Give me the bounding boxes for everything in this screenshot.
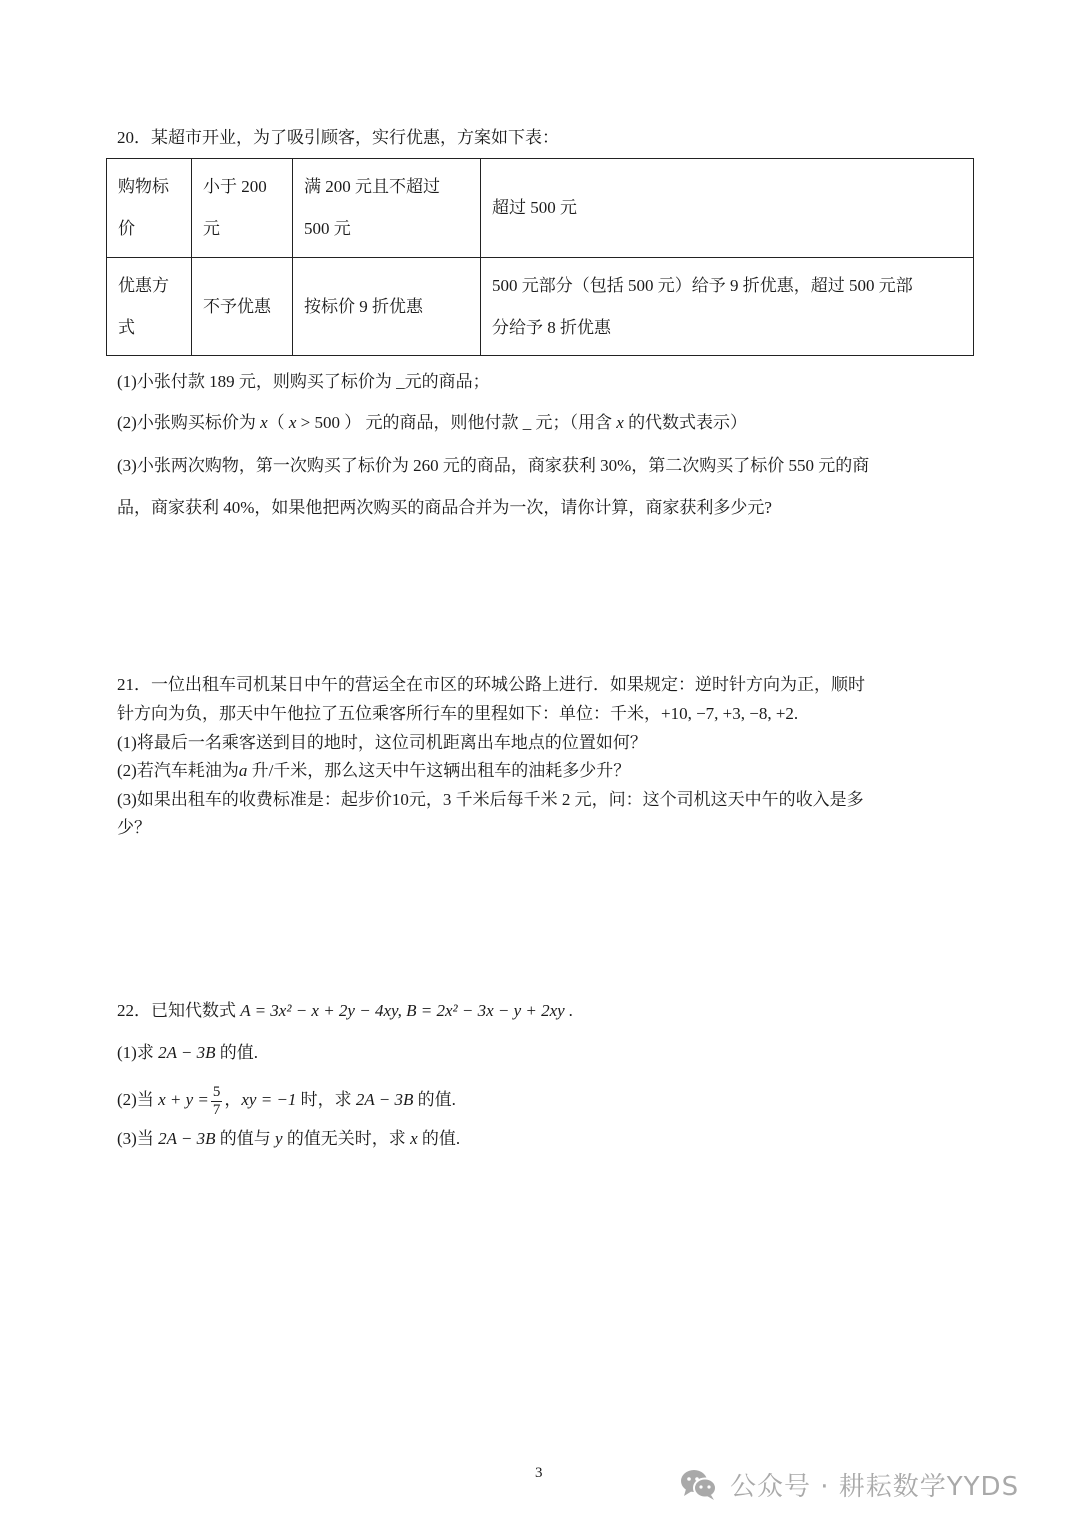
math-expression: 2A − 3B bbox=[158, 1043, 215, 1062]
q21-sub3-line2: 少？ bbox=[117, 817, 151, 839]
math-expression: A = 3x² − x + 2y − 4xy, B = 2x² − 3x − y… bbox=[240, 1001, 573, 1020]
math-expression: 2A − 3B bbox=[158, 1129, 215, 1148]
q21-line1: 21．一位出租车司机某日中午的营运全在市区的环城公路上进行．如果规定：逆时针方向… bbox=[117, 674, 865, 696]
text: 的值与 bbox=[216, 1129, 276, 1148]
text: 的值无关时，求 bbox=[283, 1129, 411, 1148]
q21-sub3-line1: (3)如果出租车的收费标准是：起步价10元，3 千米后每千米 2 元，问：这个司… bbox=[117, 789, 864, 811]
q20-sub1: (1)小张付款 189 元，则购买了标价为 _元的商品； bbox=[117, 371, 490, 393]
watermark-text: 公众号 · 耕耘数学YYDS bbox=[730, 1466, 1019, 1503]
row-header-price: 购物标 价 bbox=[107, 159, 192, 258]
cell-text: 超过 500 元 bbox=[492, 187, 962, 229]
text: (3)当 bbox=[117, 1129, 158, 1148]
q20-title: 20．某超市开业，为了吸引顾客，实行优惠，方案如下表： bbox=[117, 127, 559, 149]
fraction-numerator: 5 bbox=[211, 1084, 223, 1102]
text: 的值. bbox=[418, 1129, 461, 1148]
cell-200-to-500: 满 200 元且不超过 500 元 bbox=[293, 159, 481, 258]
cell-text: 按标价 9 折优惠 bbox=[304, 286, 469, 328]
text: 的代数式表示） bbox=[624, 413, 747, 432]
cell-text: 优惠方 bbox=[118, 265, 180, 307]
cell-text: 购物标 bbox=[118, 166, 180, 208]
q20-sub3-line2: 品，商家获利 40%，如果他把两次购买的商品合并为一次，请你计算，商家获利多少元… bbox=[117, 497, 772, 519]
cell-text: 500 元 bbox=[304, 208, 469, 250]
math-var: x bbox=[616, 413, 624, 432]
fraction: 57 bbox=[211, 1084, 223, 1119]
text: (2)若汽车耗油为 bbox=[117, 761, 239, 780]
wechat-icon bbox=[680, 1469, 718, 1501]
cell-text: 价 bbox=[118, 208, 180, 250]
q21-sub1: (1)将最后一名乘客送到目的地时，这位司机距离出车地点的位置如何？ bbox=[117, 732, 647, 754]
q20-sub3-line1: (3)小张两次购物，第一次购买了标价为 260 元的商品，商家获利 30%，第二… bbox=[117, 455, 869, 477]
cell-text: 式 bbox=[118, 307, 180, 349]
cell-no-discount: 不予优惠 bbox=[192, 258, 293, 356]
text: 时，求 bbox=[296, 1090, 356, 1109]
q20-sub2: (2)小张购买标价为 x（ x > 500 ） 元的商品，则他付款 _ 元；（用… bbox=[117, 412, 747, 434]
text: ， bbox=[224, 1090, 241, 1109]
cell-under-200: 小于 200 元 bbox=[192, 159, 293, 258]
math-var: x bbox=[410, 1129, 418, 1148]
cell-text: 不予优惠 bbox=[203, 286, 281, 328]
table-row-discount: 优惠方 式 不予优惠 按标价 9 折优惠 500 元部分（包括 500 元）给予… bbox=[107, 258, 974, 356]
q22-sub3: (3)当 2A − 3B 的值与 y 的值无关时，求 x 的值. bbox=[117, 1128, 460, 1150]
text: 的值. bbox=[216, 1043, 259, 1062]
cell-text: 500 元部分（包括 500 元）给予 9 折优惠，超过 500 元部 bbox=[492, 265, 962, 307]
cell-90-percent: 按标价 9 折优惠 bbox=[293, 258, 481, 356]
math-expression: 2A − 3B bbox=[356, 1090, 413, 1109]
text: (2)当 bbox=[117, 1090, 158, 1109]
cell-text: 分给予 8 折优惠 bbox=[492, 307, 962, 349]
cell-text: 元 bbox=[203, 208, 281, 250]
q22-intro: 22．已知代数式 A = 3x² − x + 2y − 4xy, B = 2x²… bbox=[117, 1000, 573, 1022]
math-expression: xy = −1 bbox=[241, 1090, 296, 1109]
cell-over-500: 超过 500 元 bbox=[481, 159, 974, 258]
row-header-discount: 优惠方 式 bbox=[107, 258, 192, 356]
fraction-denominator: 7 bbox=[213, 1102, 221, 1119]
text: (1)求 bbox=[117, 1043, 158, 1062]
q22-sub2: (2)当 x + y =57，xy = −1 时，求 2A − 3B 的值. bbox=[117, 1080, 456, 1120]
q21-sub2: (2)若汽车耗油为a 升/千米，那么这天中午这辆出租车的油耗多少升？ bbox=[117, 760, 630, 782]
text: (2)小张购买标价为 bbox=[117, 413, 260, 432]
q21-line2: 针方向为负，那天中午他拉了五位乘客所行车的里程如下：单位：千米，+10, −7,… bbox=[117, 703, 798, 725]
math-var: x bbox=[260, 413, 268, 432]
table-row-price: 购物标 价 小于 200 元 满 200 元且不超过 500 元 超过 500 … bbox=[107, 159, 974, 258]
cell-tiered-discount: 500 元部分（包括 500 元）给予 9 折优惠，超过 500 元部 分给予 … bbox=[481, 258, 974, 356]
text: > 500 ） 元的商品，则他付款 _ 元；（用含 bbox=[296, 413, 616, 432]
cell-text: 小于 200 bbox=[203, 166, 281, 208]
text: 的值. bbox=[413, 1090, 456, 1109]
math-var: y bbox=[275, 1129, 283, 1148]
watermark: 公众号 · 耕耘数学YYDS bbox=[680, 1466, 1019, 1503]
page-number: 3 bbox=[535, 1465, 543, 1482]
text: （ bbox=[268, 413, 285, 432]
promotion-table: 购物标 价 小于 200 元 满 200 元且不超过 500 元 超过 500 … bbox=[106, 158, 974, 356]
math-expression: x + y = bbox=[158, 1090, 209, 1109]
cell-text: 满 200 元且不超过 bbox=[304, 166, 469, 208]
q22-sub1: (1)求 2A − 3B 的值. bbox=[117, 1042, 258, 1064]
text: 22．已知代数式 bbox=[117, 1001, 240, 1020]
text: 升/千米，那么这天中午这辆出租车的油耗多少升？ bbox=[247, 761, 630, 780]
